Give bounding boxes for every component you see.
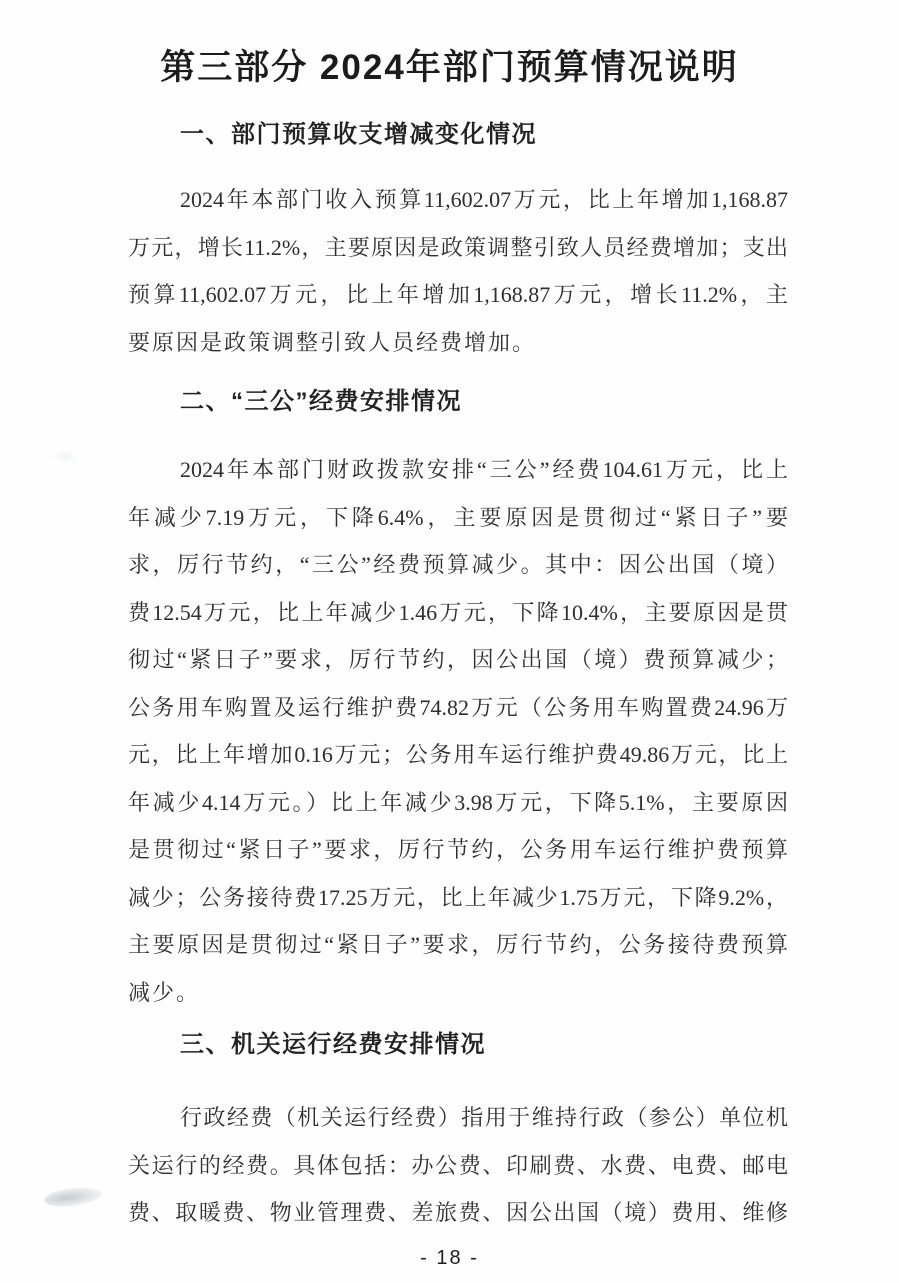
section-heading-three-public-expenses: 二、“三公”经费安排情况 [180, 386, 800, 418]
text-line: 元，比上年增加0.16万元；公务用车运行维护费49.86万元，比上 [128, 731, 788, 779]
text-line: 减少。 [128, 969, 788, 1017]
text-line: 年减少7.19万元，下降6.4%，主要原因是贯彻过“紧日子”要 [128, 494, 788, 542]
text-line: 年减少4.14万元。）比上年减少3.98万元，下降5.1%，主要原因 [128, 779, 788, 827]
text-line: 减少；公务接待费17.25万元，比上年减少1.75万元，下降9.2%， [128, 874, 788, 922]
text-line: 公务用车购置及运行维护费74.82万元（公务用车购置费24.96万 [128, 684, 788, 732]
paragraph-budget-changes: 2024年本部门收入预算11,602.07万元，比上年增加1,168.87 万元… [128, 176, 788, 366]
text-line: 费12.54万元，比上年减少1.46万元，下降10.4%，主要原因是贯 [128, 589, 788, 637]
text-line: 关运行的经费。具体包括：办公费、印刷费、水费、电费、邮电 [128, 1142, 788, 1190]
section-heading-operating-expenses: 三、机关运行经费安排情况 [180, 1029, 800, 1061]
document-page: 第三部分 2024年部门预算情况说明 一、部门预算收支增减变化情况 2024年本… [0, 0, 899, 1283]
document-title: 第三部分 2024年部门预算情况说明 [0, 40, 899, 90]
section-heading-budget-changes: 一、部门预算收支增减变化情况 [180, 119, 800, 151]
scan-smudge [43, 1185, 103, 1210]
text-line: 行政经费（机关运行经费）指用于维持行政（参公）单位机 [128, 1094, 788, 1142]
text-line: 万元，增长11.2%，主要原因是政策调整引致人员经费增加；支出 [128, 224, 788, 272]
text-line: 求，厉行节约，“三公”经费预算减少。其中：因公出国（境） [128, 541, 788, 589]
text-line: 2024年本部门财政拨款安排“三公”经费104.61万元，比上 [128, 446, 788, 494]
page-number: - 18 - [0, 1247, 899, 1270]
text-line: 2024年本部门收入预算11,602.07万元，比上年增加1,168.87 [128, 176, 788, 224]
paragraph-operating-expenses: 行政经费（机关运行经费）指用于维持行政（参公）单位机 关运行的经费。具体包括：办… [128, 1094, 788, 1237]
paragraph-three-public-expenses: 2024年本部门财政拨款安排“三公”经费104.61万元，比上 年减少7.19万… [128, 446, 788, 1016]
text-line: 要原因是政策调整引致人员经费增加。 [128, 319, 788, 367]
scan-smudge [52, 450, 78, 463]
text-line: 预算11,602.07万元，比上年增加1,168.87万元，增长11.2%，主 [128, 271, 788, 319]
text-line: 是贯彻过“紧日子”要求，厉行节约，公务用车运行维护费预算 [128, 826, 788, 874]
text-line: 彻过“紧日子”要求，厉行节约，因公出国（境）费预算减少； [128, 636, 788, 684]
text-line: 主要原因是贯彻过“紧日子”要求，厉行节约，公务接待费预算 [128, 921, 788, 969]
text-line: 费、取暖费、物业管理费、差旅费、因公出国（境）费用、维修 [128, 1189, 788, 1237]
